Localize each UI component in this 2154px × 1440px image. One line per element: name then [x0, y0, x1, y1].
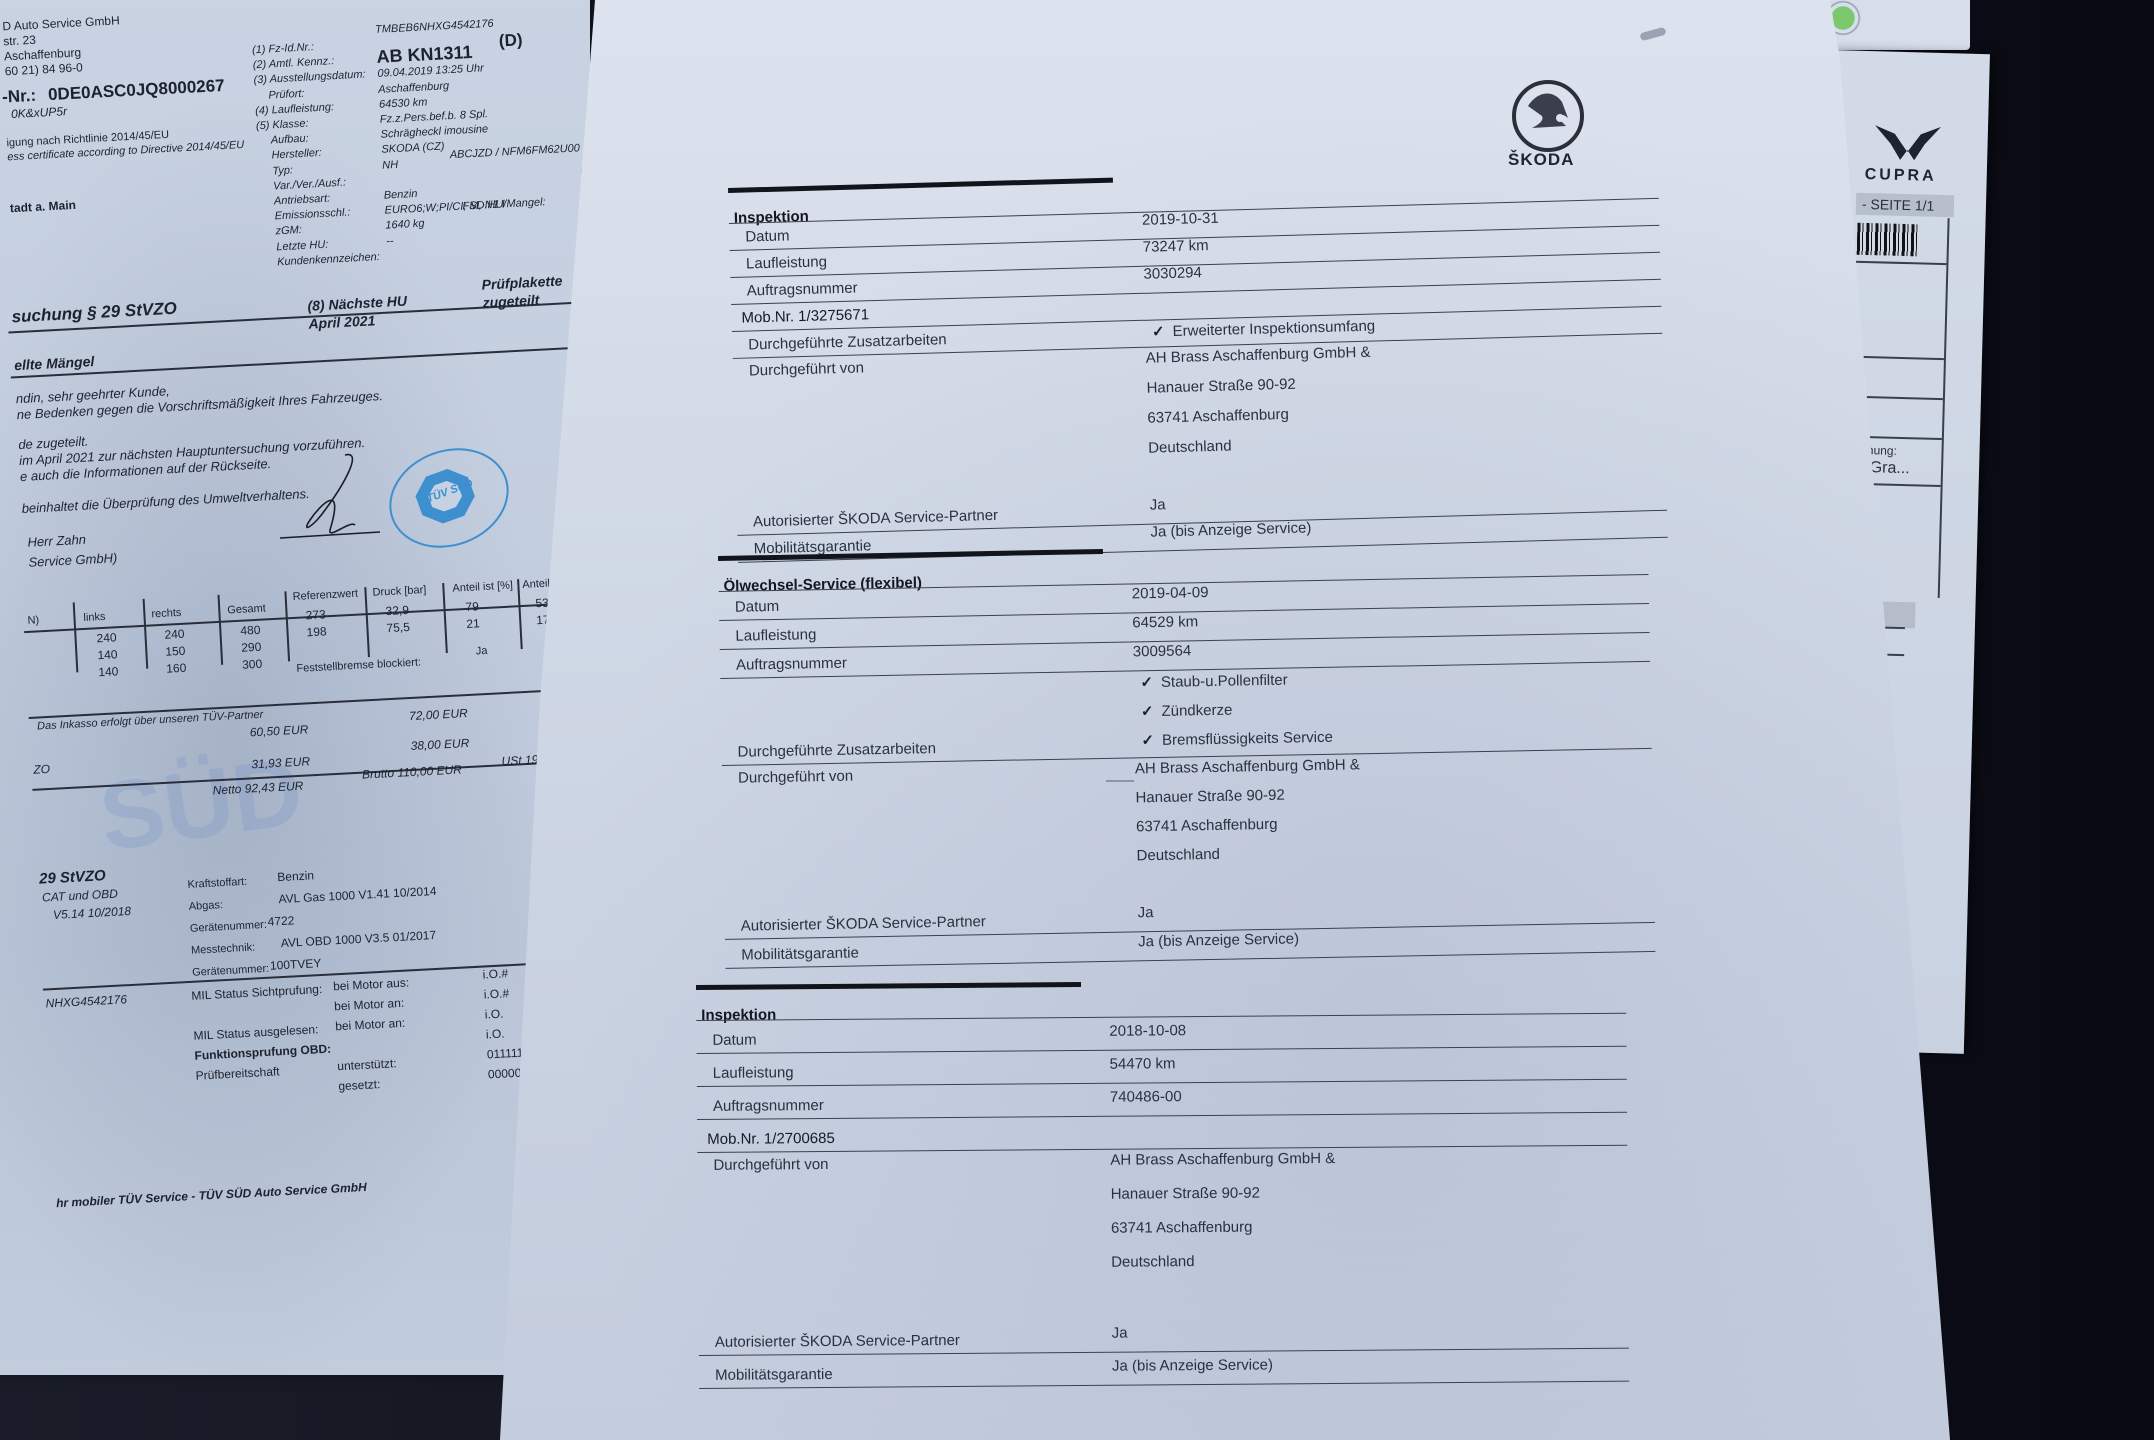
brake-table-cell: 150: [165, 644, 186, 659]
emission-field-label: Gerätenummer:: [190, 919, 268, 935]
brake-table-cell: 140: [97, 647, 118, 662]
skoda-service-history: ŠKODA InspektionDatum2019-10-31Laufleist…: [500, 0, 1960, 1440]
vehicle-field-value: NH: [382, 158, 398, 171]
row-label: Mobilitätsgarantie: [715, 1366, 833, 1384]
row-value: 740486-00: [1110, 1088, 1182, 1106]
vehicle-field-value: ABCJZD / NFM6FM62U00: [449, 142, 580, 161]
brake-table-cell: 198: [306, 624, 327, 639]
row-label: Datum: [712, 1032, 756, 1049]
tuv-inspection-report: SÜD D Auto Service GmbH str. 23 Aschaffe…: [0, 0, 590, 1375]
check-item: ✓Staub-u.Pollenfilter: [1140, 671, 1288, 692]
parking-brake-label: Feststellbremse blockiert:: [296, 656, 421, 675]
row-label: Laufleistung: [713, 1064, 794, 1082]
tuv-phone: 60 21) 84 96-0: [4, 60, 83, 78]
country-code: (D): [498, 30, 523, 51]
brake-table-cell: 240: [164, 627, 185, 642]
address-line: Deutschland: [1136, 846, 1220, 865]
brake-table-header: Referenzwert: [292, 588, 358, 603]
checkmark-icon: ✓: [1152, 322, 1165, 340]
vehicle-field-label: (1) Fz-Id.Nr.:: [252, 41, 314, 56]
vehicle-field-label: Letzte HU:: [276, 238, 329, 253]
address-line: Hanauer Straße 90-92: [1146, 376, 1296, 397]
vehicle-field-value: Schrägheckl imousine: [380, 123, 488, 141]
brake-table-cell: 21: [466, 616, 480, 631]
cupra-wordmark: CUPRA: [1865, 166, 1937, 186]
row-label: Auftragsnummer: [747, 280, 858, 300]
address-line: Deutschland: [1148, 437, 1232, 456]
checkmark-icon: ✓: [1140, 673, 1153, 691]
brake-table-divider: [364, 587, 370, 657]
emission-field-label: Abgas:: [188, 899, 223, 913]
emission-field-label: Messtechnik:: [191, 941, 256, 956]
address-line: Hanauer Straße 90-92: [1111, 1185, 1260, 1203]
brake-table-cell: 273: [305, 607, 326, 622]
row-value: Ja (bis Anzeige Service): [1112, 1356, 1273, 1374]
address-line: AH Brass Aschaffenburg GmbH &: [1110, 1150, 1335, 1169]
row-label: Mob.Nr. 1/3275671: [741, 306, 869, 326]
plakette-label: Prüfplakette: [481, 272, 563, 292]
skoda-wordmark: ŠKODA: [1508, 150, 1574, 170]
letter-line: beinhaltet die Überprüfung des Umweltver…: [21, 486, 310, 516]
row-label: Auftragsnummer: [736, 655, 847, 674]
check-item: ✓Zündkerze: [1141, 701, 1233, 721]
vehicle-field-label: Hersteller:: [271, 147, 322, 162]
emission-field-value: AVL OBD 1000 V3.5 01/2017: [280, 928, 436, 950]
obd-value: i.O.#: [482, 966, 508, 981]
checkmark-icon: ✓: [1141, 731, 1154, 749]
address-line: Deutschland: [1111, 1253, 1195, 1271]
brake-table-header: rechts: [151, 607, 182, 621]
row-label: Durchgeführt von: [713, 1156, 828, 1174]
obd-sub-label: bei Motor an:: [335, 1016, 406, 1034]
signer-company: Service GmbH): [28, 550, 118, 570]
obd-label: Funktionsprufung OBD:: [194, 1042, 331, 1063]
tuv-footer: hr mobiler TÜV Service - TÜV SÜD Auto Se…: [56, 1180, 367, 1210]
brake-table-header: Gesamt: [227, 602, 266, 616]
row-label: Durchgeführt von: [749, 359, 864, 379]
tuv-cert-number: 0DE0ASC0JQ8000267: [48, 76, 226, 105]
vehicle-field-label: Kundenkennzeichen:: [277, 251, 380, 268]
emission-field-value: Benzin: [277, 868, 314, 884]
emission-sub: CAT und OBD: [42, 887, 118, 905]
emission-field-label: Kraftstoffart:: [187, 876, 247, 891]
row-label: Datum: [745, 227, 790, 245]
row-label: Autorisierter ŠKODA Service-Partner: [753, 507, 998, 531]
service-row: Durchgeführt vonAH Brass Aschaffenburg G…: [733, 334, 1667, 509]
row-label: Laufleistung: [735, 626, 816, 644]
vehicle-field-value: Aschaffenburg: [378, 80, 449, 96]
brake-table-cell: 240: [96, 630, 117, 645]
plakette-value: zugeteilt: [482, 292, 540, 311]
vehicle-field-label: (3) Ausstellungsdatum:: [253, 69, 366, 87]
row-value: 3030294: [1143, 264, 1202, 283]
vehicle-field-label: (4) Laufleistung:: [255, 101, 334, 117]
row-value: 64529 km: [1132, 613, 1198, 631]
address-line: 63741 Aschaffenburg: [1147, 406, 1289, 427]
address-line: AH Brass Aschaffenburg GmbH &: [1146, 344, 1371, 367]
check-item-label: Erweiterter Inspektionsumfang: [1172, 318, 1375, 340]
emission-version: V5.14 10/2018: [53, 904, 132, 922]
brake-table-cell: 79: [465, 599, 479, 614]
vehicle-field-label: (2) Amtl. Kennz.:: [253, 55, 335, 71]
vehicle-field-label: (5) Klasse:: [256, 118, 309, 133]
obd-label: MIL Status Sichtprufung:: [191, 982, 323, 1003]
skoda-logo-icon: [1510, 78, 1586, 154]
row-value: 54470 km: [1110, 1055, 1176, 1073]
row-label: Autorisierter ŠKODA Service-Partner: [741, 913, 986, 934]
vehicle-field-label: Emissionsschl.:: [274, 207, 350, 223]
check-item-label: Staub-u.Pollenfilter: [1161, 672, 1288, 691]
emission-field-value: 100TVEY: [270, 956, 322, 973]
brake-table-divider: [284, 591, 290, 661]
emission-field-value: AVL Gas 1000 V1.41 10/2014: [278, 884, 437, 906]
brake-table-cell: 160: [166, 661, 187, 676]
vehicle-field-value: 64530 km: [379, 96, 428, 111]
checkmark-icon: ✓: [1141, 702, 1154, 720]
billing-brutto: Brutto 110,00 EUR: [362, 762, 462, 781]
billing-amount-1: 60,50 EUR: [249, 722, 308, 739]
row-value: Ja: [1112, 1325, 1128, 1342]
brake-table-divider: [217, 595, 223, 665]
billing-amount-2: 72,00 EUR: [409, 706, 468, 723]
billing-zo-label: ZO: [33, 762, 50, 777]
vehicle-field-value: SKODA (CZ): [381, 141, 445, 156]
row-label: Durchgeführte Zusatzarbeiten: [737, 740, 936, 761]
row-value: 73247 km: [1143, 237, 1209, 256]
brake-table-divider: [73, 602, 79, 672]
row-label: Laufleistung: [746, 253, 827, 272]
brake-table-cell: 53: [535, 596, 549, 611]
brake-table-cell: 300: [242, 657, 263, 672]
vin-partial: NHXG4542176: [45, 992, 127, 1010]
billing-amount-3: 31,93 EUR: [251, 754, 310, 771]
brake-table-cell: 75,5: [386, 620, 410, 635]
row-value: 2019-10-31: [1142, 210, 1219, 229]
vehicle-field-value: 1640 kg: [385, 218, 425, 232]
cupra-logo-icon: [1872, 121, 1943, 163]
fsd-label: FSD.HU/Mangel:: [462, 196, 546, 212]
obd-label: MIL Status ausgelesen:: [193, 1022, 319, 1043]
row-label: Durchgeführte Zusatzarbeiten: [748, 331, 947, 353]
service-row: Durchgeführte Zusatzarbeiten✓Staub-u.Pol…: [720, 662, 1651, 766]
tuv-stamp: TÜV SÜD: [375, 432, 522, 564]
address-line: AH Brass Aschaffenburg GmbH &: [1135, 756, 1360, 777]
service-row: Durchgeführt vonAH Brass Aschaffenburg G…: [722, 749, 1655, 911]
vehicle-field-label: Var./Ver./Ausf.:: [273, 176, 346, 192]
brake-table-divider: [442, 583, 448, 653]
row-value: 2019-04-09: [1132, 584, 1209, 602]
address-line: Hanauer Straße 90-92: [1135, 787, 1285, 807]
signer-name: Herr Zahn: [27, 532, 86, 550]
emission-title: 29 StVZO: [39, 867, 106, 887]
vehicle-field-value: TMBEB6NHXG4542176: [375, 18, 494, 36]
next-hu-value: April 2021: [308, 312, 376, 331]
brake-table-header: Druck [bar]: [372, 584, 426, 599]
obd-value: i.O.#: [483, 986, 509, 1001]
obd-value: i.O.: [484, 1007, 503, 1022]
brake-table-cell: 480: [240, 623, 261, 638]
vehicle-field-label: Prüfort:: [268, 87, 305, 101]
brake-table-header: Anteil ist [%]: [452, 579, 513, 594]
tuv-street: str. 23: [3, 33, 36, 49]
brake-table-cell: 140: [98, 664, 119, 679]
vehicle-field-value: Benzin: [384, 188, 418, 202]
tuv-location: tadt a. Main: [10, 198, 77, 215]
tuv-company: D Auto Service GmbH: [2, 13, 120, 33]
row-value: Ja (bis Anzeige Service): [1138, 930, 1299, 950]
obd-sub-label: bei Motor an:: [334, 996, 405, 1014]
check-item: ✓Erweiterter Inspektionsumfang: [1152, 317, 1376, 341]
brake-table-cell: 290: [241, 640, 262, 655]
page-indicator: - SEITE 1/1: [1856, 193, 1955, 218]
billing-amount-4: 38,00 EUR: [410, 736, 469, 753]
row-value: Ja (bis Anzeige Service): [1150, 519, 1311, 540]
address-line: 63741 Aschaffenburg: [1136, 816, 1278, 836]
vehicle-field-value: --: [386, 235, 394, 247]
vehicle-field-label: Aufbau:: [270, 133, 308, 147]
row-value: Ja: [1150, 496, 1166, 513]
vehicle-field-label: Antriebsart:: [274, 193, 331, 208]
address-line: 63741 Aschaffenburg: [1111, 1219, 1253, 1237]
brake-table-header: N): [27, 614, 39, 627]
row-label: Mobilitätsgarantie: [741, 944, 859, 963]
vehicle-field-label: Typ:: [272, 164, 293, 177]
obd-label: Prüfbereitschaft: [195, 1064, 280, 1082]
brake-table-divider: [143, 599, 149, 669]
brake-table-cell: 32,9: [385, 603, 409, 618]
row-label: Mob.Nr. 1/2700685: [707, 1130, 835, 1148]
row-value: 2018-10-08: [1109, 1022, 1186, 1040]
check-item-label: Zündkerze: [1161, 702, 1232, 720]
row-label: Autorisierter ŠKODA Service-Partner: [715, 1332, 960, 1351]
defects-label: ellte Mängel: [14, 353, 95, 373]
row-value: Ja: [1137, 904, 1153, 921]
obd-value: i.O.: [486, 1027, 505, 1042]
check-item-label: Bremsflüssigkeits Service: [1162, 729, 1333, 749]
tuv-cert-code: 0K&xUP5r: [11, 104, 68, 121]
obd-sub-label: unterstützt:: [337, 1056, 397, 1073]
obd-sub-label: bei Motor aus:: [333, 975, 410, 993]
obd-sub-label: gesetzt:: [338, 1077, 381, 1093]
service-row: Durchgeführt vonAH Brass Aschaffenburg G…: [697, 1146, 1628, 1323]
brake-table-header: links: [83, 611, 106, 624]
row-label: Auftragsnummer: [713, 1097, 824, 1115]
row-label: Datum: [735, 598, 779, 616]
emission-field-value: 4722: [267, 913, 294, 928]
check-item: ✓Bremsflüssigkeits Service: [1141, 728, 1333, 750]
signature: [270, 450, 380, 540]
parking-brake-value: Ja: [475, 645, 487, 658]
row-label: Durchgeführt von: [738, 768, 853, 787]
vehicle-field-label: zGM:: [275, 224, 302, 237]
row-value: 3009564: [1133, 642, 1192, 660]
tuv-cert-label: -Nr.:: [2, 86, 37, 108]
